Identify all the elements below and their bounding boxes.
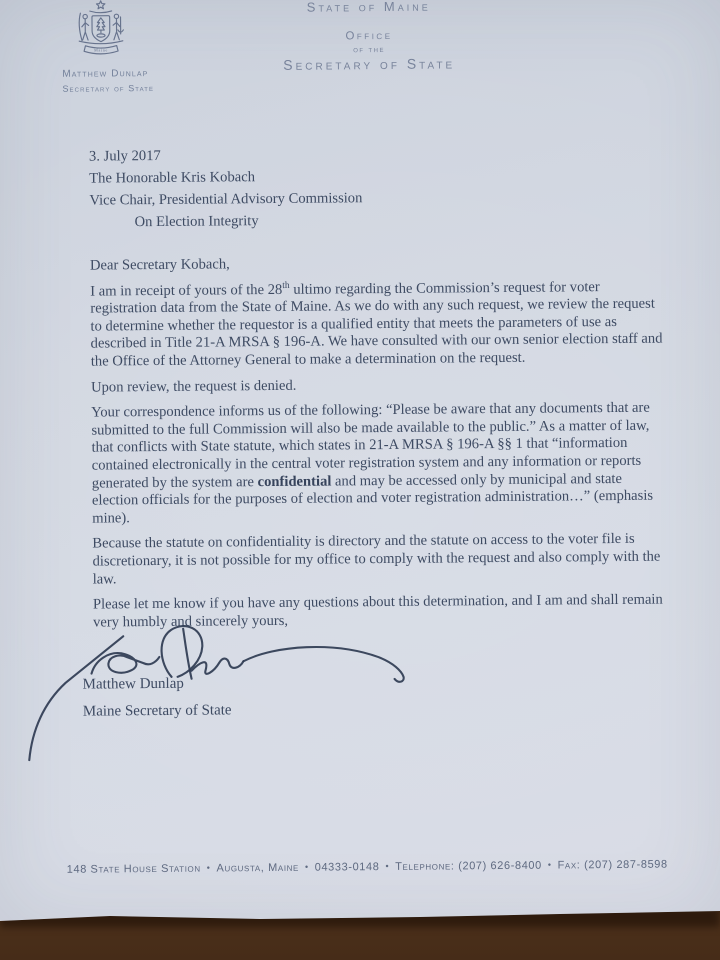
- seal-caption-name: Matthew Dunlap: [62, 67, 140, 82]
- footer-fax: Fax: (207) 287-8598: [558, 859, 668, 872]
- paragraph-closing: Please let me know if you have any quest…: [93, 592, 667, 632]
- footer-zip: 04333-0148: [315, 861, 380, 874]
- paragraph-receipt: I am in receipt of yours of the 28th ult…: [90, 278, 665, 371]
- bullet-separator: •: [207, 863, 211, 873]
- letter-body: 3. July 2017 The Honorable Kris Kobach V…: [89, 141, 667, 632]
- confidential-emphasis: confidential: [258, 473, 332, 490]
- bullet-separator: •: [548, 860, 552, 870]
- recipient-title-line2: On Election Integrity: [89, 207, 663, 234]
- letterhead-office-line1: Office: [238, 29, 500, 43]
- salutation: Dear Secretary Kobach,: [90, 253, 664, 276]
- seal-banner-text: Maine: [94, 47, 108, 52]
- letter-paper: Maine Matthew Dunlap Secretary of State …: [0, 0, 720, 924]
- signer-title: Maine Secretary of State: [83, 697, 232, 725]
- footer-contact-line: 148 State House Station•Augusta, Maine•0…: [7, 858, 720, 876]
- paragraph-denial: Upon review, the request is denied.: [91, 374, 665, 397]
- paragraph-statute: Your correspondence informs us of the fo…: [91, 400, 666, 528]
- footer-address: 148 State House Station: [67, 863, 201, 876]
- bullet-separator: •: [385, 861, 389, 871]
- signature-block: Matthew Dunlap Maine Secretary of State: [83, 670, 232, 725]
- letterhead-office-line3: Secretary of State: [238, 55, 500, 73]
- signer-name: Matthew Dunlap: [83, 670, 232, 698]
- letter-sheet: Maine Matthew Dunlap Secretary of State …: [0, 0, 720, 924]
- letterhead-office-line2: of the: [238, 43, 500, 55]
- letterhead-state-title: State of Maine: [238, 0, 500, 15]
- maine-state-seal-icon: Maine: [65, 0, 138, 68]
- footer-telephone: Telephone: (207) 626-8400: [395, 860, 542, 873]
- photo-background: Maine Matthew Dunlap Secretary of State …: [0, 0, 720, 960]
- bullet-separator: •: [305, 862, 309, 872]
- letterhead-seal-block: Maine Matthew Dunlap Secretary of State: [62, 0, 141, 96]
- paragraph-conflict: Because the statute on confidentiality i…: [92, 531, 666, 589]
- para1-text-before: I am in receipt of yours of the 28: [90, 281, 282, 299]
- footer-city: Augusta, Maine: [216, 862, 299, 875]
- seal-caption-title: Secretary of State: [62, 81, 140, 96]
- letterhead-office-block: State of Maine Office of the Secretary o…: [238, 0, 501, 73]
- seal-caption: Matthew Dunlap Secretary of State: [62, 67, 140, 96]
